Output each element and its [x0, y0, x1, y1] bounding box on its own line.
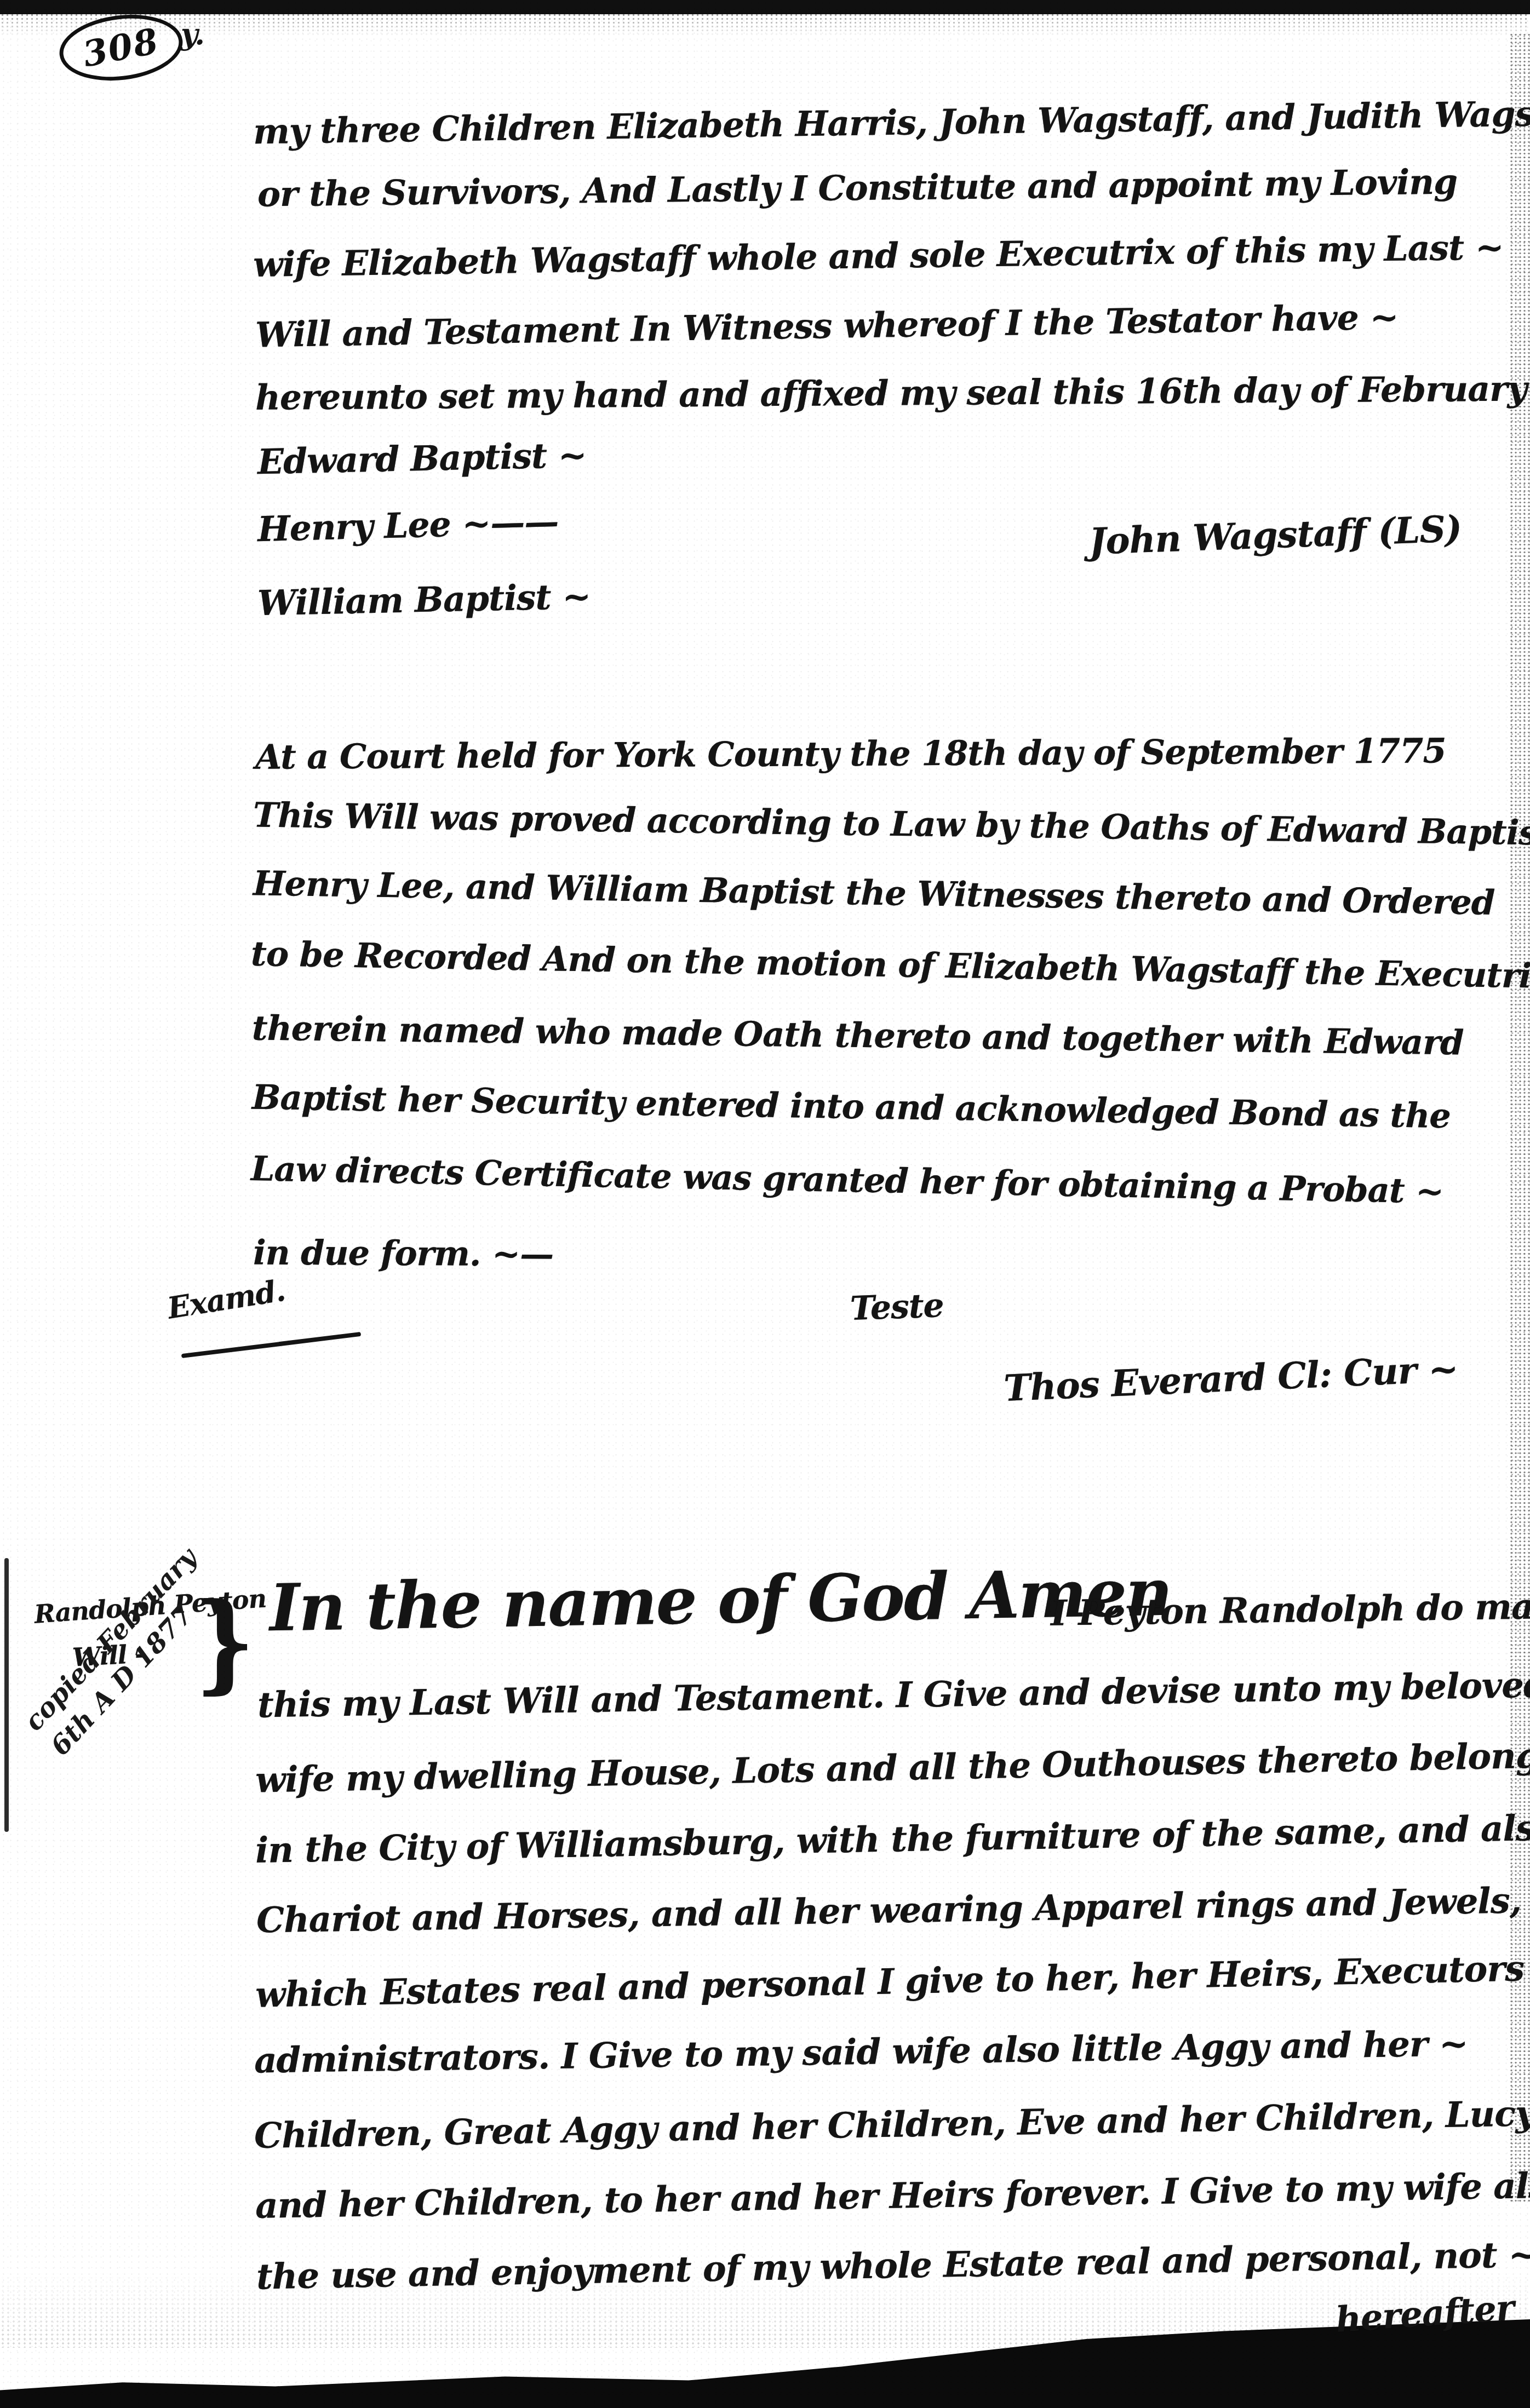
manuscript-line: this my Last Will and Testament. I Give … — [257, 1665, 1530, 1726]
clerk-signature: Thos Everard Cl: Cur ~ — [1003, 1347, 1459, 1410]
manuscript-line: Baptist her Security entered into and ac… — [252, 1077, 1451, 1136]
manuscript-line: wife my dwelling House, Lots and all the… — [255, 1734, 1530, 1801]
will-opening-heading: In the name of God Amen — [269, 1554, 1172, 1646]
manuscript-line: At a Court held for York County the 18th… — [255, 731, 1446, 777]
manuscript-line: Chariot and Horses, and all her wearing … — [256, 1878, 1530, 1941]
manuscript-line: and her Children, to her and her Heirs f… — [255, 2165, 1530, 2227]
manuscript-line: which Estates real and personal I give t… — [255, 1946, 1530, 2016]
manuscript-line: in due form. ~— — [253, 1233, 553, 1274]
left-edge-streak — [4, 1558, 9, 1832]
manuscript-line: wife Elizabeth Wagstaff whole and sole E… — [253, 227, 1504, 285]
top-edge-speckle — [0, 13, 1530, 37]
manuscript-line: hereunto set my hand and affixed my seal… — [255, 367, 1530, 418]
manuscript-line: in the City of Williamsburg, with the fu… — [255, 1806, 1530, 1871]
manuscript-line: administrators. I Give to my said wife a… — [254, 2024, 1469, 2082]
manuscript-line: Children, Great Aggy and her Children, E… — [254, 2093, 1530, 2157]
examined-underline — [181, 1332, 362, 1358]
manuscript-line: Henry Lee, and William Baptist the Witne… — [253, 863, 1495, 923]
manuscript-line: or the Survivors, And Lastly I Constitut… — [257, 162, 1458, 215]
witness-signature: William Baptist ~ — [257, 576, 591, 624]
right-edge-speckle — [1509, 33, 1530, 2202]
manuscript-line: This Will was proved according to Law by… — [253, 795, 1530, 853]
top-edge-smudge — [0, 0, 1530, 14]
page-number: 308 — [79, 20, 162, 75]
sealed-signature: John Wagstaff (LS) — [1088, 507, 1463, 563]
manuscript-line: Law directs Certificate was granted her … — [250, 1148, 1443, 1211]
teste-label: Teste — [850, 1286, 944, 1328]
manuscript-line: therein named who made Oath thereto and … — [252, 1008, 1464, 1062]
will-opening-rest: I Peyton Randolph do make — [1051, 1585, 1530, 1634]
margin-brace: } — [195, 1579, 255, 1705]
page-number-tick: y. — [181, 16, 205, 51]
testator-signature: Edward Baptist ~ — [257, 435, 587, 482]
manuscript-line: my three Children Elizabeth Harris, John… — [253, 93, 1530, 152]
manuscript-page: 308 y. my three Children Elizabeth Harri… — [0, 0, 1530, 2408]
manuscript-line: to be Recorded And on the motion of Eliz… — [251, 934, 1530, 997]
examined-mark: Examd. — [165, 1272, 287, 1325]
witness-signature: Henry Lee ~—— — [257, 501, 559, 549]
manuscript-line: Will and Testament In Witness whereof I … — [255, 297, 1399, 355]
